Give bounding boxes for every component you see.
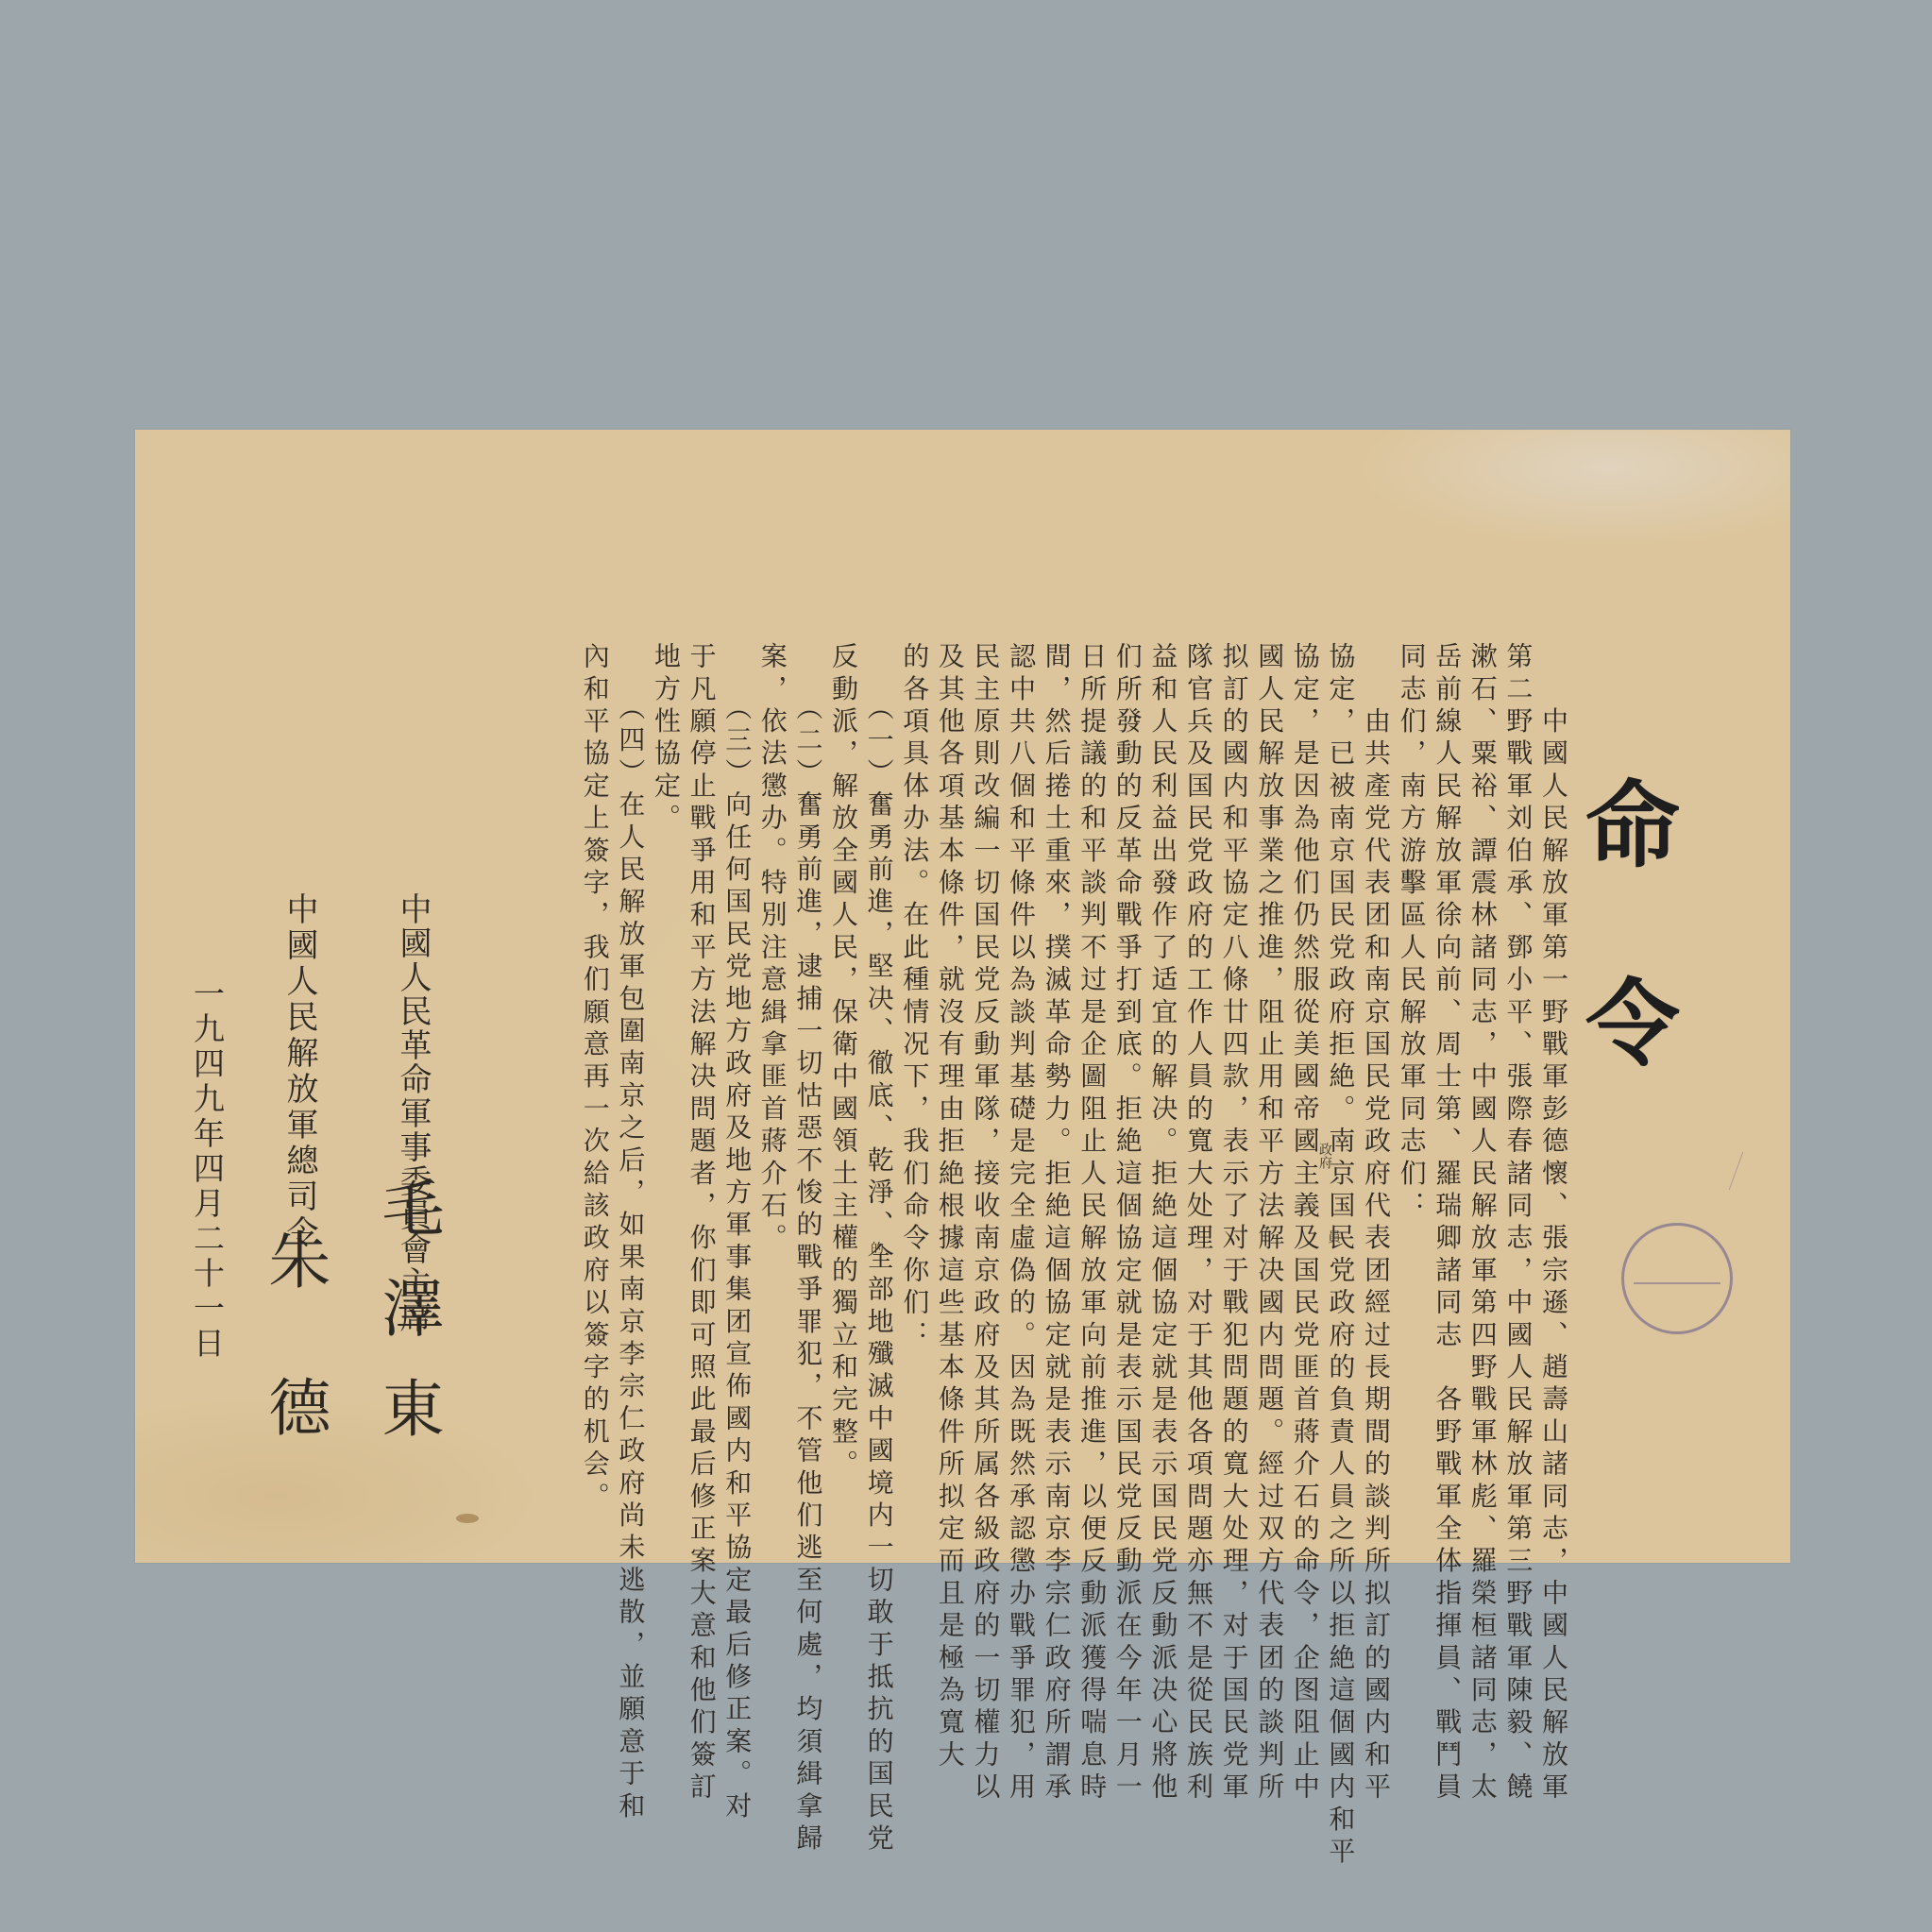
pencil-annotation [1729,1152,1772,1190]
body-column: 反動派，解放全國人民，保衛中國領土主權的獨立和完整。 [830,642,856,1482]
body-column: 隊官兵及国民党政府的工作人員的寬大处理，对于其他各項問題亦無不是從民族利 [1185,642,1212,1805]
stamp-divider [1634,1282,1720,1284]
body-column: 日所提議的和平談判不过是企圖阻止人民解放軍向前推進，以便反動派獲得喘息時 [1078,642,1105,1805]
body-column: 間，然后捲土重來，撲滅革命勢力。拒絶這個協定就是表示南京李宗仁政府所謂承 [1043,642,1070,1805]
body-column: （三）向任何国民党地方政府及地方軍事集团宣佈國内和平協定最后修正案。对 [723,642,750,1823]
body-column: （二）奮勇前進，逮捕一切怙惡不悛的戰爭罪犯，不管他们逃至何處，均須緝拿歸 [794,642,821,1856]
body-column: 協定，是因為他们仍然服從美國帝國主義及国民党匪首蔣介石的命令，企图阻止中 [1292,642,1318,1805]
body-column: 協定，已被南京国民党政府拒絶。南京国民党政府的負責人員之所以拒絶這個國内和平 [1327,642,1353,1870]
insert-member: 員 [1328,1228,1341,1246]
body-column: 內和平協定上簽字，我们願意再一次給該政府以簽字的机会。 [582,642,608,1514]
archive-stamp [1621,1223,1733,1334]
signature-name-chairman: 毛澤東 [376,1176,438,1476]
signature-title-commander: 中國人民解放軍總司令 [283,892,315,1251]
title-char-1: 命 [1585,779,1680,873]
body-column: 地方性協定。 [652,642,679,836]
body-column: 第二野戰軍刘伯承、鄧小平、張際春諸同志，中國人民解放軍第三野戰軍陳毅、饒 [1504,642,1531,1805]
body-column: 民主原則改編一切国民党反動軍隊，接收南京政府及其所属各級政府的一切權力以 [972,642,998,1805]
body-column: 岳前線人民解放軍徐向前、周士第、羅瑞卿諸同志 各野戰軍全体指揮員、戰鬥員 [1433,642,1460,1805]
document-date: 一九四九年四月二十一日 [192,977,223,1362]
body-column: （四）在人民解放軍包圍南京之后，如果南京李宗仁政府尚未逃散，並願意于和 [617,642,643,1823]
body-column: 由共產党代表团和南京国民党政府代表团經过長期間的談判所拟訂的國内和平 [1363,642,1389,1805]
body-column: 中國人民解放軍第一野戰軍彭德懷、張宗遜、趙壽山諸同志，中國人民解放軍 [1540,642,1567,1805]
body-column: 案，依法懲办。特別注意緝拿匪首蔣介石。 [759,642,786,1256]
body-column: 同志们，南方游擊區人民解放軍同志们： [1398,642,1425,1224]
body-column: 拟訂的國内和平協定八條廿四款，表示了对于戰犯問題的寬大处理，对于国民党軍 [1221,642,1247,1805]
ink-stain [456,1514,479,1523]
title-char-2: 令 [1585,977,1680,1072]
body-column: 認中共八個和平條件以為談判基礎是完全虛偽的。因為既然承認懲办戰爭罪犯，用 [1008,642,1034,1805]
body-column: 漱石、粟裕、譚震林諸同志，中國人民解放軍第四野戰軍林彪、羅榮桓諸同志，太 [1469,642,1496,1805]
body-column: 及其他各項基本條件，就沒有理由拒絶根據這些基本條件所拟定而且是極為寬大 [937,642,963,1772]
body-column: 的各項具体办法。在此種情况下，我们命令你们： [901,642,927,1352]
insert-government: 政府 [1315,1143,1334,1169]
body-column: 于凡願停止戰爭用和平方法解决問題者，你们即可照此最后修正案大意和他们簽訂 [688,642,715,1805]
insert-particle: 的 [871,1239,884,1258]
body-column: 益和人民利益出發作了适宜的解决。拒絶這個協定就是表示国民党反動派决心將他 [1149,642,1176,1805]
document-paper: 命 令 中國人民解放軍第一野戰軍彭德懷、張宗遜、趙壽山諸同志，中國人民解放軍第二… [135,430,1790,1563]
signature-name-commander: 朱德 [263,1228,325,1522]
body-column: 们所發動的反革命戰爭打到底。拒絶這個協定就是表示国民党反動派在今年一月一 [1114,642,1141,1805]
body-column: 國人民解放事業之推進，阻止用和平方法解决國内問題。經过双方代表团的談判所 [1256,642,1282,1805]
